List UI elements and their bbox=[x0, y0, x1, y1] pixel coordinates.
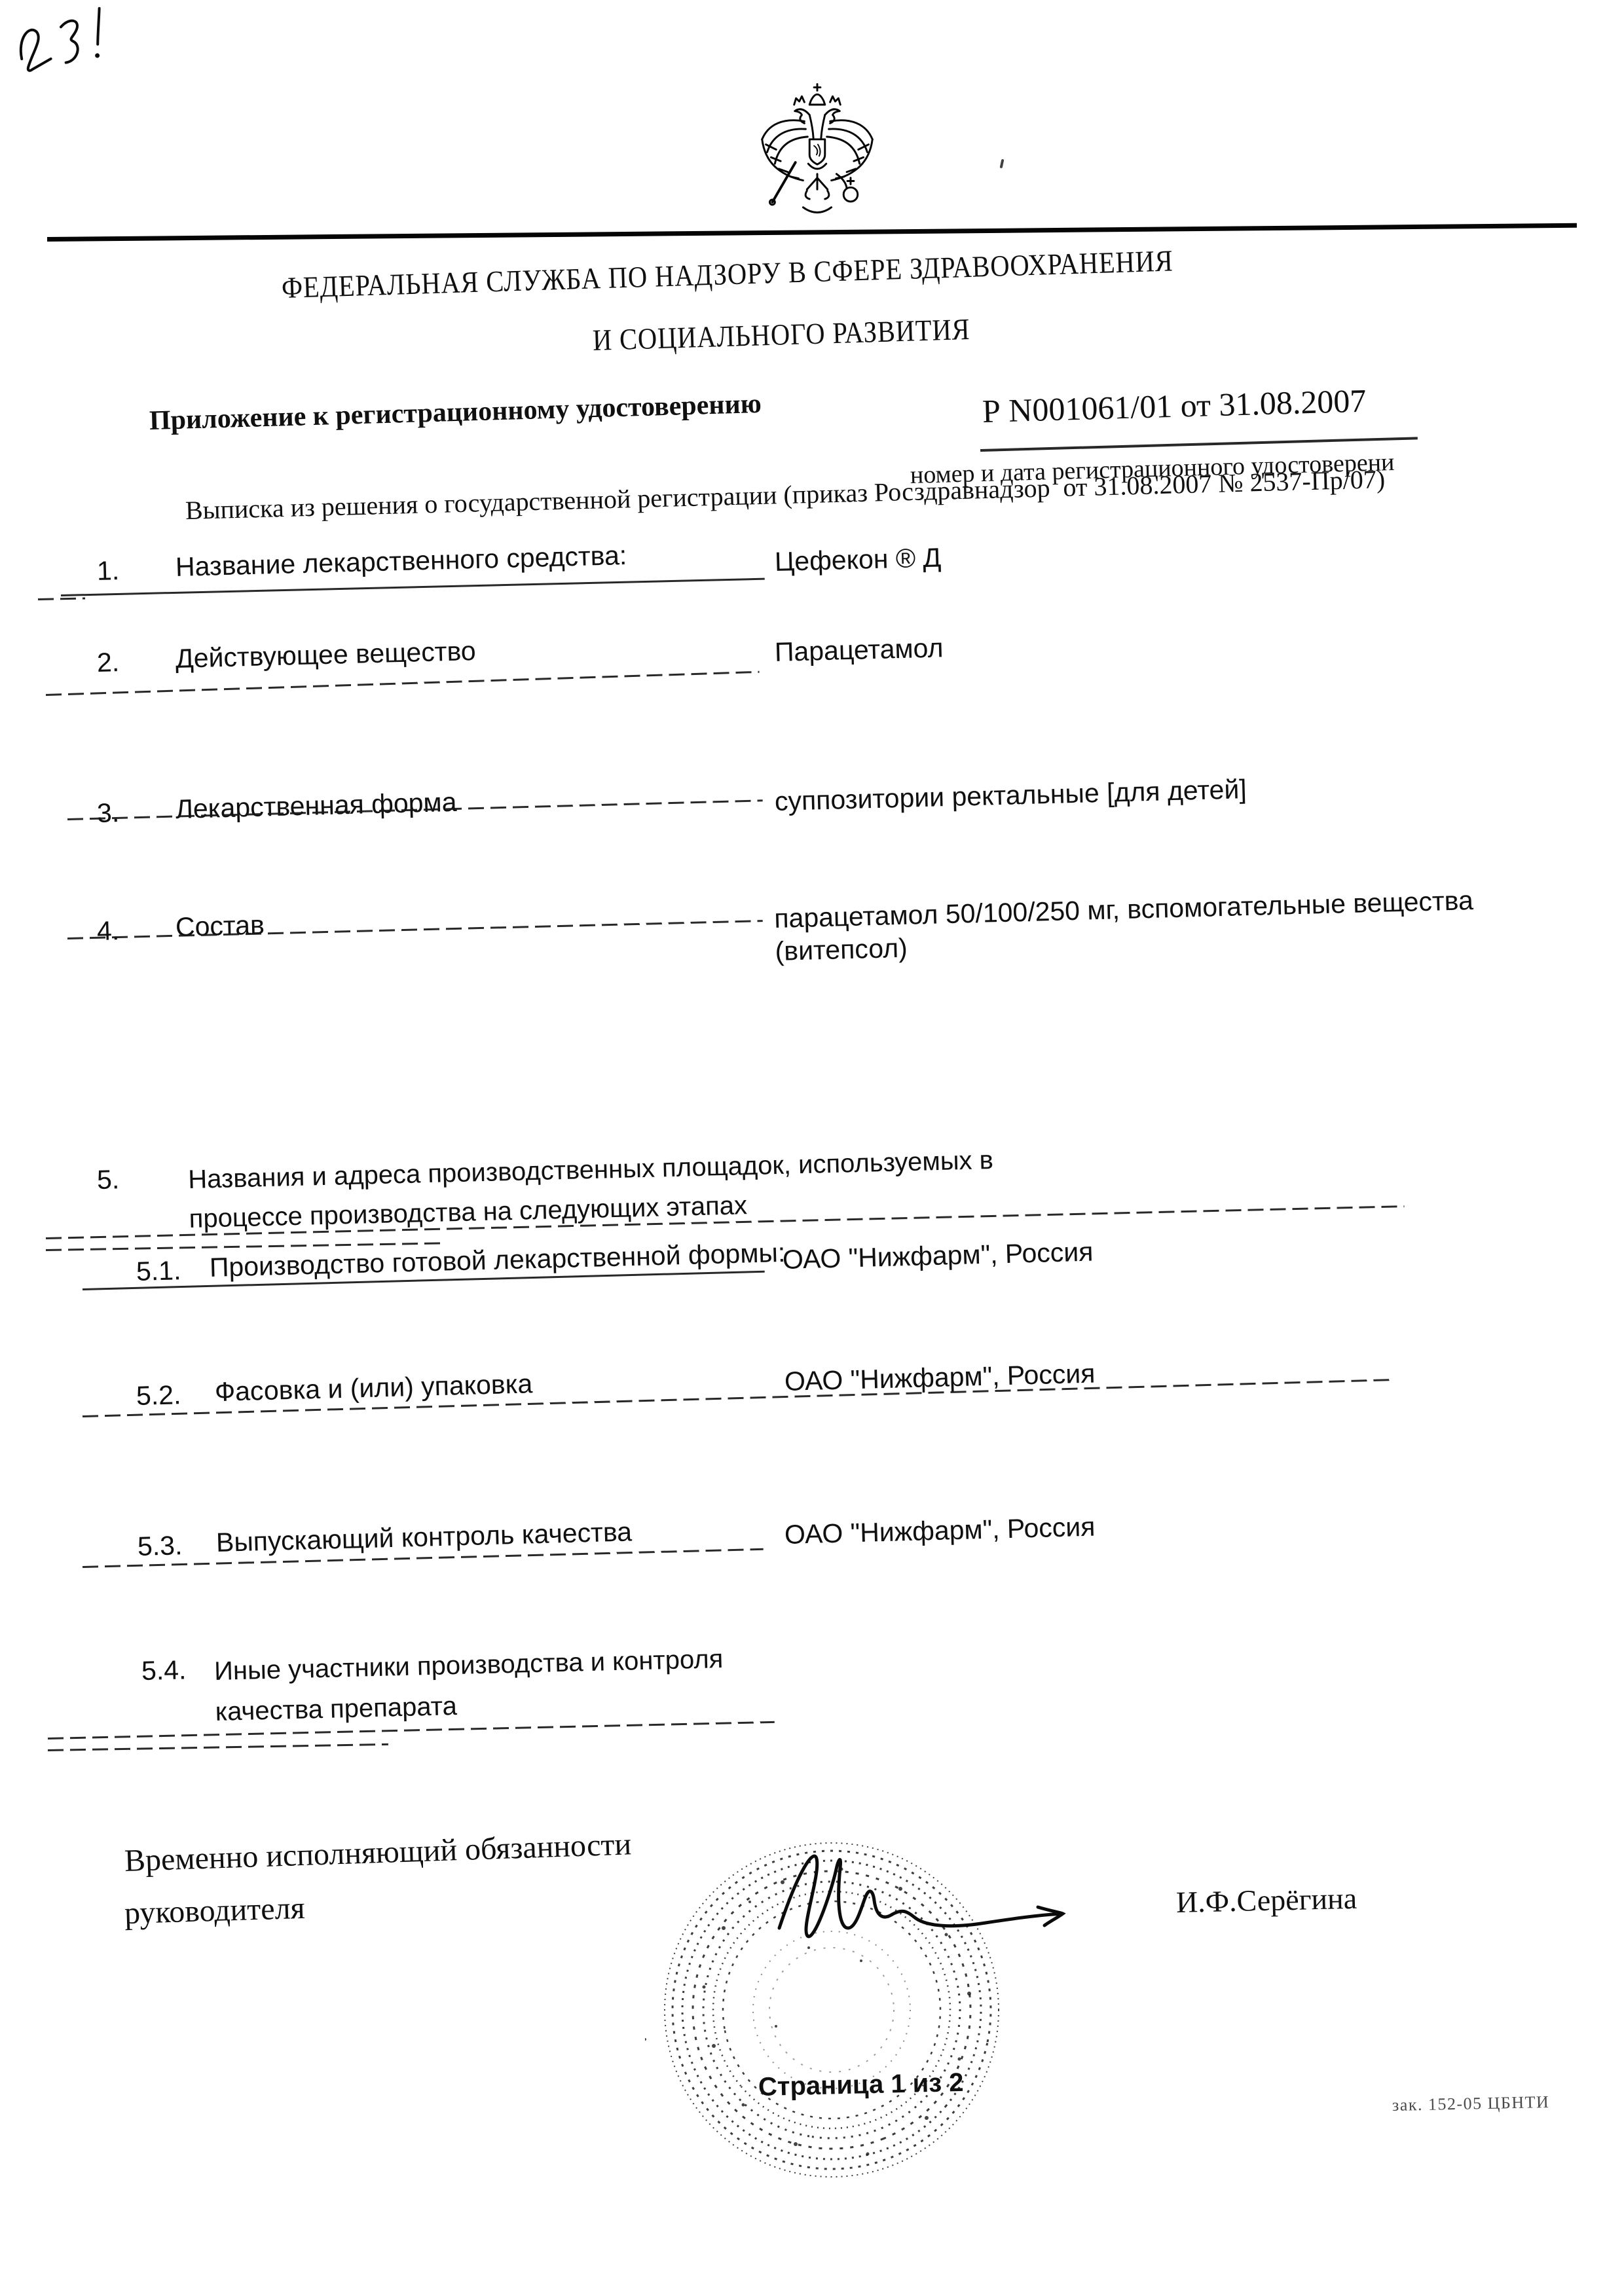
item-5-3-value: ОАО "Нижфарм", Россия bbox=[784, 1511, 1096, 1552]
handwritten-mark-icon bbox=[1, 0, 135, 88]
item-1-number: 1. bbox=[96, 555, 119, 587]
item-5-2-label: Фасовка и (или) упаковка bbox=[214, 1368, 533, 1408]
item-1-label: Название лекарственного средства: bbox=[175, 539, 627, 583]
item-4-number: 4. bbox=[96, 915, 119, 947]
header-rule bbox=[47, 223, 1577, 242]
page-number-label: Страница 1 из 2 bbox=[758, 2067, 964, 2103]
registration-number: Р N001061/01 от 31.08.2007 bbox=[982, 381, 1367, 431]
item-2-value: Парацетамол bbox=[774, 632, 944, 668]
item-4-label: Состав bbox=[175, 909, 265, 943]
item-5-number: 5. bbox=[96, 1163, 119, 1196]
signatory-name: И.Ф.Серёгина bbox=[1175, 1880, 1357, 1920]
coat-of-arms-icon bbox=[753, 80, 881, 219]
item-1-underline bbox=[61, 578, 765, 596]
item-2-number: 2. bbox=[96, 646, 119, 679]
agency-name-line2: И СОЦИАЛЬНОГО РАЗВИТИЯ bbox=[592, 311, 970, 358]
item-4-value: парацетамол 50/100/250 мг, вспомогательн… bbox=[774, 884, 1483, 968]
print-code: зак. 152-05 ЦБНТИ bbox=[1392, 2092, 1550, 2115]
signatory-title-line2: руководителя bbox=[124, 1889, 305, 1933]
item-5-4-label: Иные участники производства и контроля к… bbox=[213, 1639, 726, 1732]
scan-speck bbox=[1000, 159, 1005, 169]
item-5-3-number: 5.3. bbox=[137, 1529, 183, 1563]
extract-line: Выписка из решения о государственной рег… bbox=[185, 464, 1385, 526]
appendix-label: Приложение к регистрационному удостовере… bbox=[149, 388, 762, 437]
item-1-number-underline bbox=[38, 597, 85, 600]
item-5-2-number: 5.2. bbox=[136, 1379, 181, 1412]
item-2-underline bbox=[46, 671, 760, 696]
agency-name-line1: ФЕДЕРАЛЬНАЯ СЛУЖБА ПО НАДЗОРУ В СФЕРЕ ЗД… bbox=[281, 242, 1173, 306]
item-3-number: 3. bbox=[96, 797, 119, 829]
item-4-underline bbox=[67, 920, 763, 939]
item-5-1-label: Производство готовой лекарственной формы… bbox=[209, 1237, 786, 1284]
item-5-1-value: ОАО "Нижфарм", Россия bbox=[782, 1236, 1094, 1277]
item-3-label: Лекарственная форма bbox=[175, 786, 457, 826]
item-2-label: Действующее вещество bbox=[175, 635, 476, 675]
item-5-1-number: 5.1. bbox=[136, 1254, 181, 1288]
item-5-4-number: 5.4. bbox=[141, 1654, 187, 1687]
signatory-title-line1: Временно исполняющий обязанности bbox=[124, 1825, 632, 1880]
item-5-3-label: Выпускающий контроль качества bbox=[215, 1516, 632, 1559]
document-page: ФЕДЕРАЛЬНАЯ СЛУЖБА ПО НАДЗОРУ В СФЕРЕ ЗД… bbox=[0, 0, 1624, 2296]
item-5-4-underline-2 bbox=[48, 1743, 388, 1751]
item-3-value: суппозитории ректальные [для детей] bbox=[774, 773, 1247, 818]
item-1-value: Цефекон ® Д bbox=[774, 541, 941, 578]
round-stamp bbox=[645, 1830, 1103, 2203]
